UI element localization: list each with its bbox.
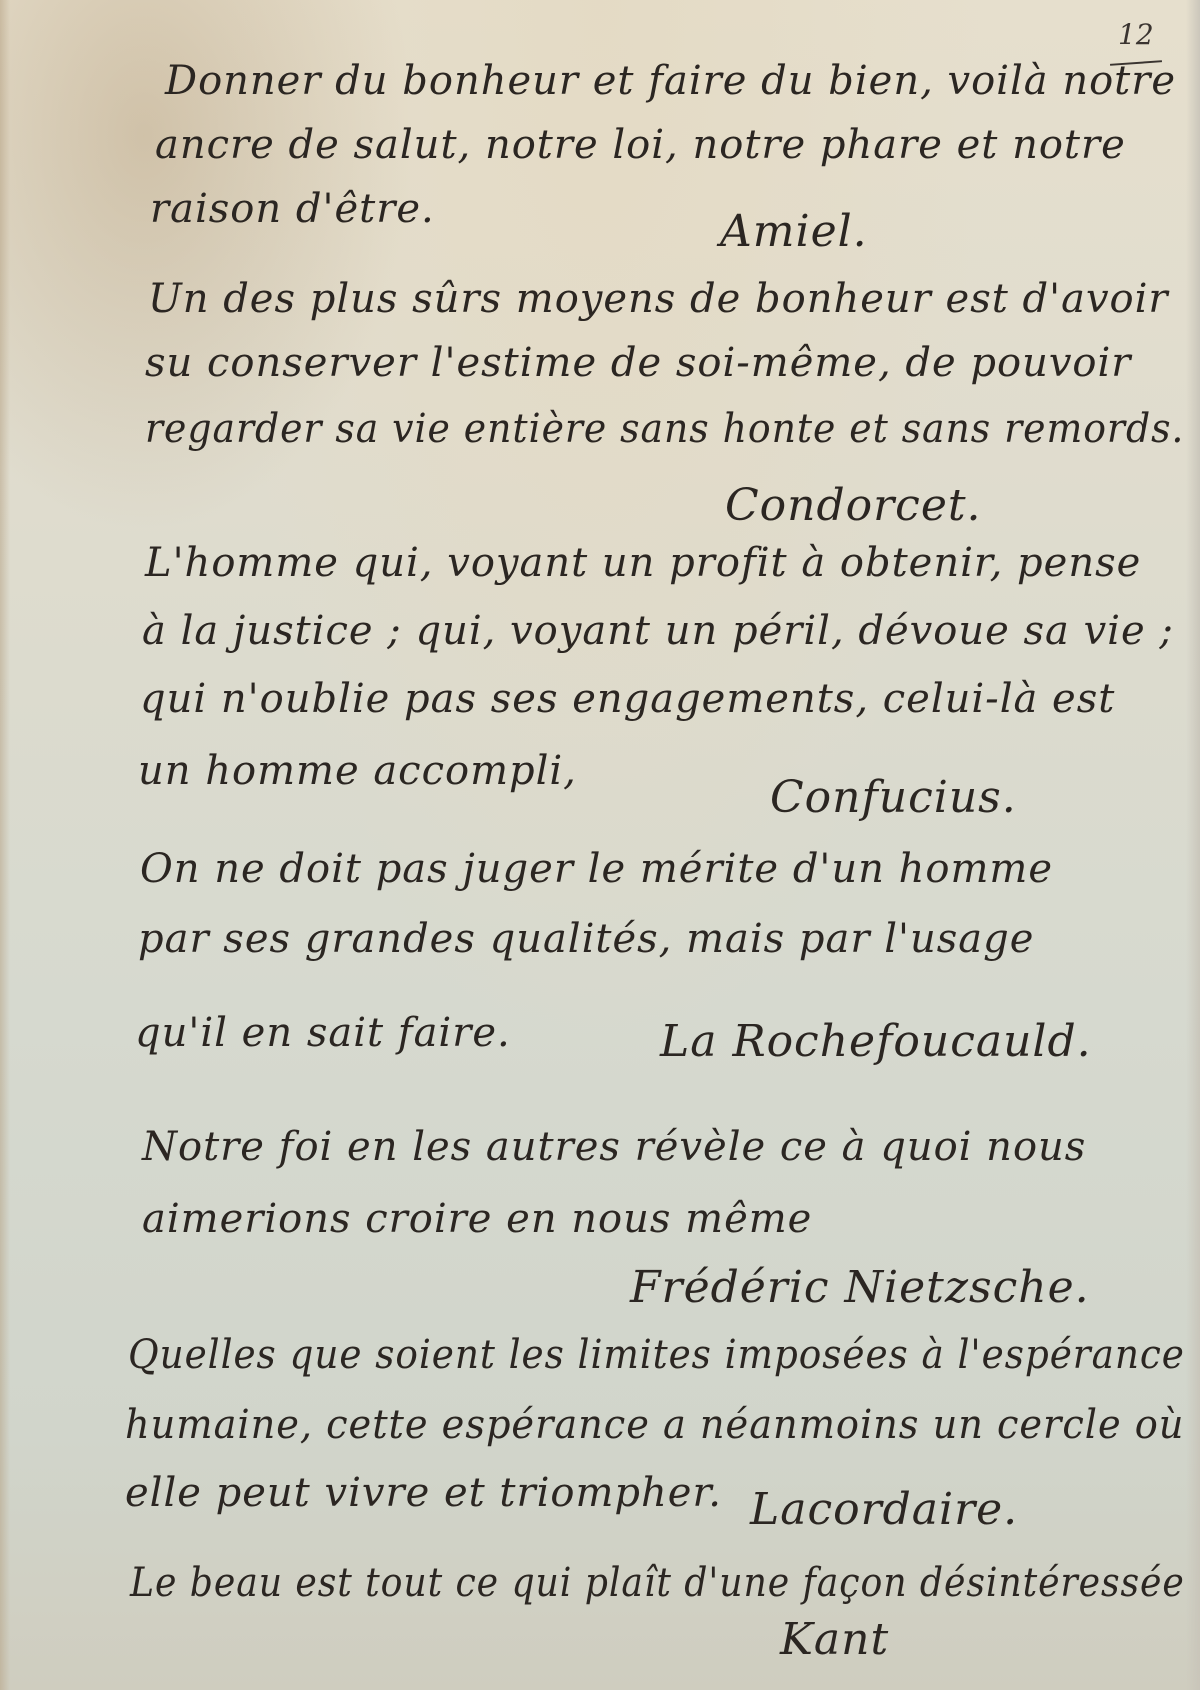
quote-line: Quelles que soient les limites imposées … xyxy=(128,1332,1185,1378)
quote-line: aimerions croire en nous même xyxy=(142,1196,812,1242)
page-number: 12 xyxy=(1118,18,1154,51)
quote-line: Notre foi en les autres révèle ce à quoi… xyxy=(142,1124,1086,1170)
quote-line: Donner du bonheur et faire du bien, voil… xyxy=(165,58,1176,104)
quote-line: qui n'oublie pas ses engagements, celui-… xyxy=(140,676,1115,722)
quote-line: Un des plus sûrs moyens de bonheur est d… xyxy=(148,276,1169,322)
quote-author: Amiel. xyxy=(720,206,868,257)
quote-author: Kant xyxy=(780,1614,889,1665)
quote-line: à la justice ; qui, voyant un péril, dév… xyxy=(142,608,1174,654)
quote-line: elle peut vivre et triompher. xyxy=(125,1470,722,1516)
quote-line: On ne doit pas juger le mérite d'un homm… xyxy=(140,846,1053,892)
quote-line: humaine, cette espérance a néanmoins un … xyxy=(125,1402,1184,1448)
quote-line: raison d'être. xyxy=(150,186,435,232)
page-edge-right xyxy=(1186,0,1200,1690)
page-edge-left xyxy=(0,0,10,1690)
quote-author: Frédéric Nietzsche. xyxy=(630,1262,1090,1313)
quote-line: Le beau est tout ce qui plaît d'une faço… xyxy=(130,1560,1185,1606)
quote-author: Confucius. xyxy=(770,772,1017,823)
quote-author: La Rochefoucauld. xyxy=(660,1016,1092,1067)
quote-line: su conserver l'estime de soi-même, de po… xyxy=(145,340,1131,386)
quote-line: par ses grandes qualités, mais par l'usa… xyxy=(138,916,1034,962)
quote-author: Lacordaire. xyxy=(750,1484,1018,1535)
quote-line: un homme accompli, xyxy=(138,748,577,794)
quote-line: L'homme qui, voyant un profit à obtenir,… xyxy=(145,540,1141,586)
quote-line: ancre de salut, notre loi, notre phare e… xyxy=(155,122,1126,168)
quote-line: regarder sa vie entière sans honte et sa… xyxy=(145,406,1184,452)
quote-line: qu'il en sait faire. xyxy=(135,1010,511,1056)
quote-author: Condorcet. xyxy=(725,480,982,531)
manuscript-page: 12 Donner du bonheur et faire du bien, v… xyxy=(0,0,1200,1690)
